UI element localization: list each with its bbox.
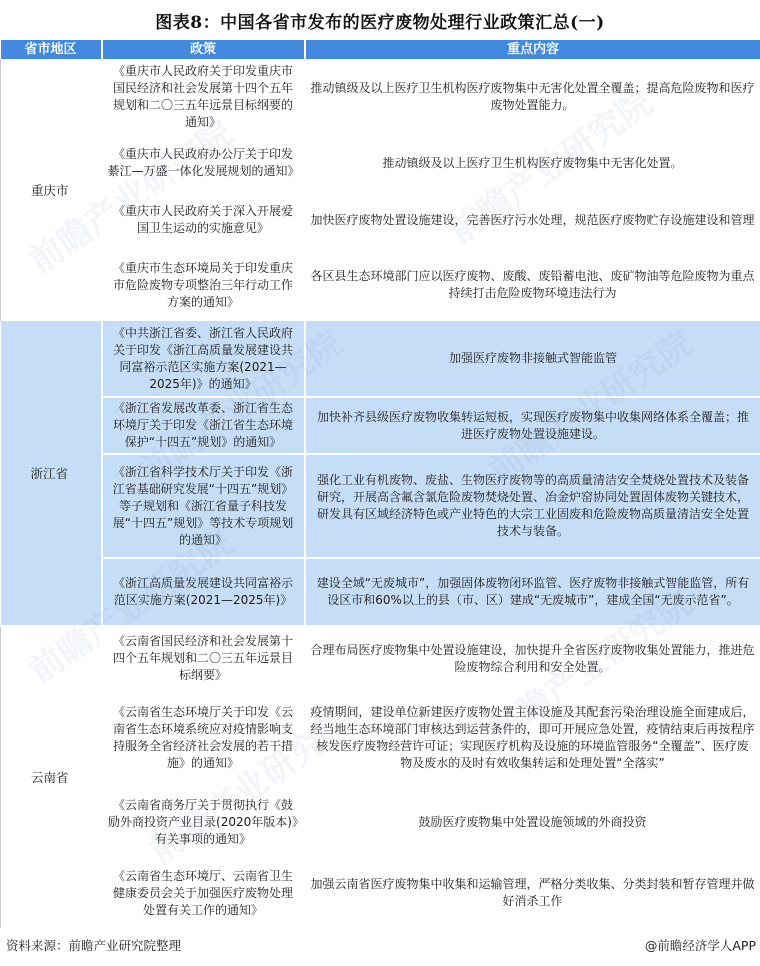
policy-cell: 《浙江省科学技术厅关于印发《浙江省基础研究发展“十四五”规划》等子规划和《浙江省… bbox=[102, 454, 305, 558]
content-cell: 加强云南省医疗废物集中收集和运输管理，严格分类收集、分类封装和暂存管理并做好消杀… bbox=[305, 858, 760, 928]
content-cell: 加强医疗废物非接触式智能监管 bbox=[305, 321, 760, 397]
table-row: 重庆市 《重庆市人民政府关于印发重庆市国民经济和社会发展第十四个五年规划和二〇三… bbox=[1, 59, 760, 135]
page-title: 图表8：中国各省市发布的医疗废物处理行业政策汇总(一) bbox=[0, 8, 760, 33]
table-row: 《云南省生态环境厅、云南省卫生健康委员会关于加强医疗废物处理处置有关工作的通知》… bbox=[1, 858, 760, 928]
policy-cell: 《云南省生态环境厅、云南省卫生健康委员会关于加强医疗废物处理处置有关工作的通知》 bbox=[102, 858, 305, 928]
header-content: 重点内容 bbox=[305, 40, 760, 59]
table-row: 《云南省生态环境厅关于印发《云南省生态环境系统应对疫情影响支持服务全省经济社会发… bbox=[1, 690, 760, 786]
content-cell: 推动镇级及以上医疗卫生机构医疗废物集中无害化处置全覆盖；提高危险废物和医疗废物处… bbox=[305, 59, 760, 135]
table-row: 云南省 《云南省国民经济和社会发展第十四个五年规划和二〇三五年远景目标纲要》 合… bbox=[1, 626, 760, 690]
policy-cell: 《中共浙江省委、浙江省人民政府关于印发《浙江高质量发展建设共同富裕示范区实施方案… bbox=[102, 321, 305, 397]
table-row: 浙江省 《中共浙江省委、浙江省人民政府关于印发《浙江高质量发展建设共同富裕示范区… bbox=[1, 321, 760, 397]
table-row: 《浙江高质量发展建设共同富裕示范区实施方案(2021—2025年)》 建设全域“… bbox=[1, 558, 760, 626]
policy-cell: 《重庆市人民政府关于印发重庆市国民经济和社会发展第十四个五年规划和二〇三五年远景… bbox=[102, 59, 305, 135]
content-cell: 鼓励医疗废物集中处置设施领域的外商投资 bbox=[305, 786, 760, 858]
policy-cell: 《重庆市人民政府办公厅关于印发綦江—万盛一体化发展规划的通知》 bbox=[102, 135, 305, 191]
content-cell: 建设全域“无废城市”，加强固体废物闭环监管、医疗废物非接触式智能监管，所有设区市… bbox=[305, 558, 760, 626]
source-note: 资料来源：前瞻产业研究院整理 bbox=[6, 936, 181, 954]
table-row: 《浙江省科学技术厅关于印发《浙江省基础研究发展“十四五”规划》等子规划和《浙江省… bbox=[1, 454, 760, 558]
content-cell: 推动镇级及以上医疗卫生机构医疗废物集中无害化处置。 bbox=[305, 135, 760, 191]
table-row: 《云南省商务厅关于贯彻执行《鼓励外商投资产业目录(2020年版本)》有关事项的通… bbox=[1, 786, 760, 858]
table-row: 《重庆市生态环境局关于印发重庆市危险废物专项整治三年行动工作方案的通知》 各区县… bbox=[1, 249, 760, 321]
policy-cell: 《浙江高质量发展建设共同富裕示范区实施方案(2021—2025年)》 bbox=[102, 558, 305, 626]
table-row: 《浙江省发展改革委、浙江省生态环境厅关于印发《浙江省生态环境保护“十四五”规划》… bbox=[1, 397, 760, 454]
region-cell-zhejiang: 浙江省 bbox=[1, 321, 102, 626]
policy-cell: 《浙江省发展改革委、浙江省生态环境厅关于印发《浙江省生态环境保护“十四五”规划》… bbox=[102, 397, 305, 454]
policy-table: 省市地区 政策 重点内容 重庆市 《重庆市人民政府关于印发重庆市国民经济和社会发… bbox=[0, 40, 760, 928]
table-row: 《重庆市人民政府办公厅关于印发綦江—万盛一体化发展规划的通知》 推动镇级及以上医… bbox=[1, 135, 760, 191]
policy-cell: 《云南省生态环境厅关于印发《云南省生态环境系统应对疫情影响支持服务全省经济社会发… bbox=[102, 690, 305, 786]
region-cell-yunnan: 云南省 bbox=[1, 626, 102, 928]
content-cell: 加快补齐县级医疗废物收集转运短板，实现医疗废物集中收集网络体系全覆盖；推进医疗废… bbox=[305, 397, 760, 454]
policy-cell: 《云南省国民经济和社会发展第十四个五年规划和二〇三五年远景目标纲要》 bbox=[102, 626, 305, 690]
policy-cell: 《重庆市人民政府关于深入开展爱国卫生运动的实施意见》 bbox=[102, 191, 305, 249]
content-cell: 强化工业有机废物、废盐、生物医疗废物等的高质量清洁安全焚烧处置技术及装备研究，开… bbox=[305, 454, 760, 558]
table-header-row: 省市地区 政策 重点内容 bbox=[1, 40, 760, 59]
content-cell: 加快医疗废物处置设施建设，完善医疗污水处理，规范医疗废物贮存设施建设和管理 bbox=[305, 191, 760, 249]
region-cell-chongqing: 重庆市 bbox=[1, 59, 102, 321]
credit-note: @前瞻经济学人APP bbox=[645, 936, 756, 954]
header-region: 省市地区 bbox=[1, 40, 102, 59]
content-cell: 合理布局医疗废物集中处置设施建设，加快提升全省医疗废物收集处置能力，推进危险废物… bbox=[305, 626, 760, 690]
content-cell: 各区县生态环境部门应以医疗废物、废酸、废铅蓄电池、废矿物油等危险废物为重点持续打… bbox=[305, 249, 760, 321]
table-row: 《重庆市人民政府关于深入开展爱国卫生运动的实施意见》 加快医疗废物处置设施建设，… bbox=[1, 191, 760, 249]
content-cell: 疫情期间，建设单位新建医疗废物处置主体设施及其配套污染治理设施全面建成后，经当地… bbox=[305, 690, 760, 786]
header-policy: 政策 bbox=[102, 40, 305, 59]
policy-cell: 《云南省商务厅关于贯彻执行《鼓励外商投资产业目录(2020年版本)》有关事项的通… bbox=[102, 786, 305, 858]
policy-cell: 《重庆市生态环境局关于印发重庆市危险废物专项整治三年行动工作方案的通知》 bbox=[102, 249, 305, 321]
